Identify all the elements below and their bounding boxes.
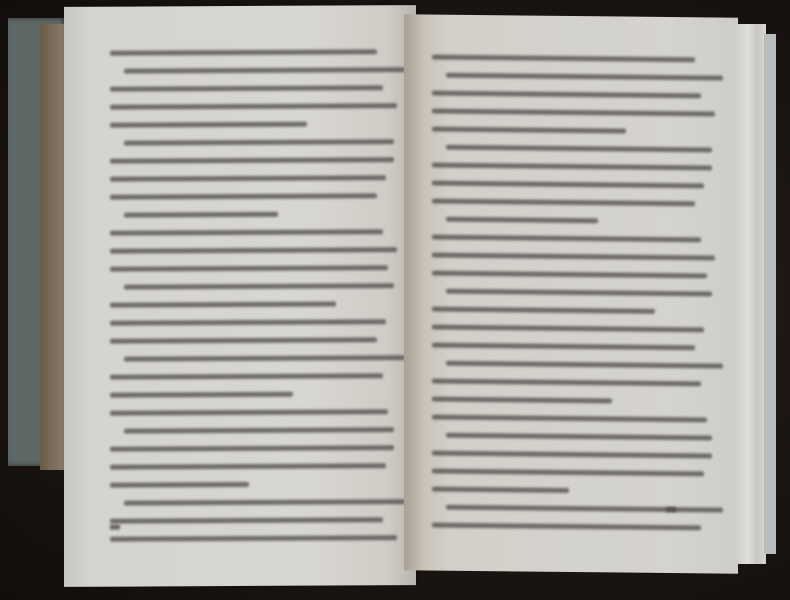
text-line	[110, 157, 394, 163]
text-line	[432, 109, 715, 117]
text-line	[432, 415, 707, 423]
text-line	[110, 517, 383, 523]
right-page-text	[432, 55, 718, 544]
text-line	[432, 235, 701, 243]
text-line	[446, 217, 598, 224]
text-line	[124, 427, 394, 433]
text-line	[446, 145, 712, 153]
text-line	[110, 535, 397, 542]
text-line	[124, 212, 278, 218]
text-line	[432, 325, 704, 333]
text-line	[110, 337, 377, 343]
text-line	[432, 451, 712, 459]
text-line	[110, 319, 386, 325]
text-line	[110, 392, 293, 398]
text-line	[432, 307, 655, 314]
right-page	[404, 14, 738, 573]
left-page-number	[110, 525, 120, 530]
text-line	[446, 73, 723, 81]
text-line	[432, 379, 701, 387]
text-line	[432, 253, 715, 261]
text-line	[446, 433, 712, 441]
book-edge-right	[736, 24, 766, 564]
text-line	[110, 229, 383, 235]
text-line	[432, 487, 569, 493]
text-line	[432, 523, 701, 531]
text-line	[110, 85, 383, 91]
text-line	[110, 49, 377, 55]
text-line	[432, 91, 701, 99]
text-line	[432, 271, 707, 279]
text-line	[110, 409, 388, 415]
text-line	[432, 127, 626, 134]
text-line	[124, 499, 405, 505]
text-line	[446, 505, 723, 513]
text-line	[432, 55, 695, 63]
text-line	[110, 463, 386, 469]
text-line	[432, 469, 704, 477]
text-line	[110, 247, 397, 254]
text-line	[432, 397, 612, 404]
right-page-number	[666, 507, 676, 512]
left-page-text	[110, 49, 400, 555]
text-line	[110, 445, 394, 451]
text-line	[110, 265, 388, 271]
left-page	[64, 5, 416, 587]
book-cover-right	[764, 34, 776, 554]
text-line	[432, 163, 712, 171]
text-line	[110, 301, 336, 307]
text-line	[110, 193, 377, 199]
text-line	[432, 181, 704, 189]
text-line	[432, 199, 695, 207]
text-line	[124, 67, 405, 73]
text-line	[124, 355, 405, 361]
text-line	[432, 343, 695, 351]
text-line	[110, 103, 397, 110]
text-line	[110, 482, 249, 488]
text-line	[446, 289, 712, 297]
text-line	[110, 175, 386, 181]
text-line	[124, 139, 394, 145]
text-line	[124, 283, 394, 289]
text-line	[446, 361, 723, 369]
text-line	[110, 373, 383, 379]
text-line	[110, 122, 307, 128]
